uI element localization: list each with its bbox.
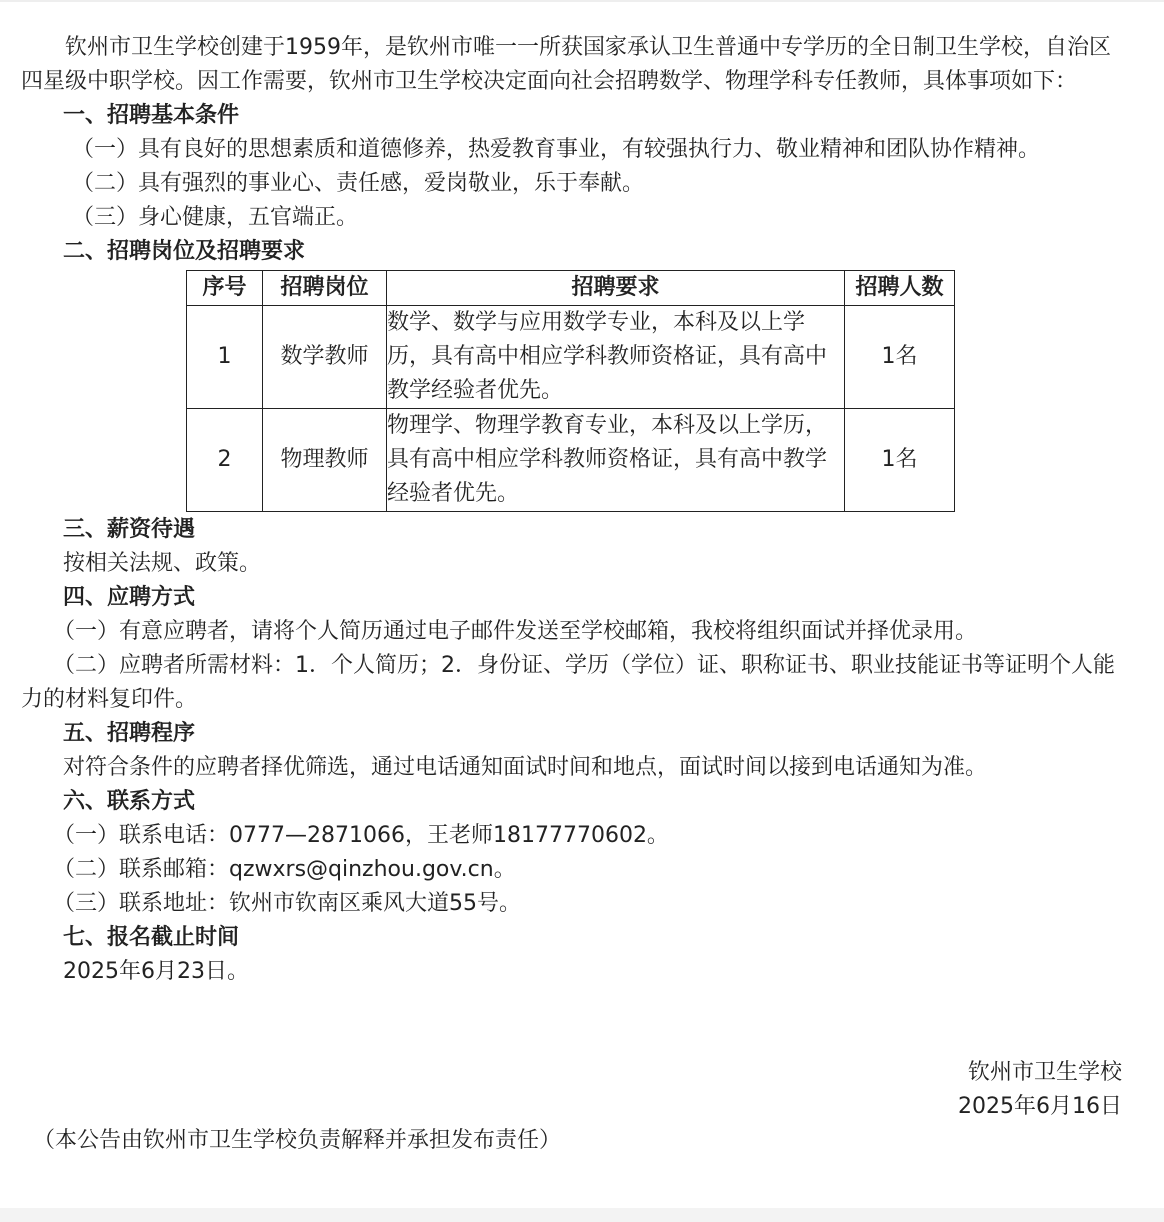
column-header: 序号 [187, 271, 263, 306]
section-heading: 一、招聘基本条件 [21, 99, 1123, 133]
signature-date: 2025年6月16日 [958, 1090, 1122, 1124]
positions-table: 序号 招聘岗位 招聘要求 招聘人数 1 数学教师 数学、数学与应用数学专业，本科… [186, 270, 955, 512]
list-item: （三）身心健康，五官端正。 [21, 201, 1123, 235]
section-heading: 五、招聘程序 [21, 717, 1123, 751]
section-text: 对符合条件的应聘者择优筛选，通过电话通知面试时间和地点，面试时间以接到电话通知为… [21, 751, 1123, 785]
table-header-row: 序号 招聘岗位 招聘要求 招聘人数 [187, 271, 955, 306]
list-item: （二）具有强烈的事业心、责任感，爱岗敬业，乐于奉献。 [21, 167, 1123, 201]
cell-no: 1 [187, 306, 263, 409]
column-header: 招聘要求 [387, 271, 845, 306]
cell-no: 2 [187, 409, 263, 512]
list-item: （一）有意应聘者，请将个人简历通过电子邮件发送至学校邮箱，我校将组织面试并择优录… [21, 615, 1123, 649]
section-heading: 六、联系方式 [21, 785, 1123, 819]
column-header: 招聘人数 [845, 271, 955, 306]
table-row: 1 数学教师 数学、数学与应用数学专业，本科及以上学历，具有高中相应学科教师资格… [187, 306, 955, 409]
intro-paragraph: 钦州市卫生学校创建于1959年，是钦州市唯一一所获国家承认卫生普通中专学历的全日… [21, 31, 1123, 99]
cell-position: 物理教师 [263, 409, 387, 512]
contact-address: （三）联系地址：钦州市钦南区乘风大道55号。 [21, 887, 1123, 921]
cell-count: 1名 [845, 306, 955, 409]
contact-phone: （一）联系电话：0777—2871066，王老师18177770602。 [21, 819, 1123, 853]
cell-position: 数学教师 [263, 306, 387, 409]
top-divider [0, 0, 1164, 2]
cell-requirement: 物理学、物理学教育专业，本科及以上学历，具有高中相应学科教师资格证，具有高中教学… [387, 409, 845, 512]
contact-email: （二）联系邮箱：qzwxrs@qinzhou.gov.cn。 [21, 853, 1123, 887]
table-row: 2 物理教师 物理学、物理学教育专业，本科及以上学历，具有高中相应学科教师资格证… [187, 409, 955, 512]
deadline-text: 2025年6月23日。 [21, 955, 1123, 989]
section-heading: 三、薪资待遇 [21, 513, 1123, 547]
cell-requirement: 数学、数学与应用数学专业，本科及以上学历，具有高中相应学科教师资格证，具有高中教… [387, 306, 845, 409]
column-header: 招聘岗位 [263, 271, 387, 306]
list-item: （二）应聘者所需材料：1．个人简历；2．身份证、学历（学位）证、职称证书、职业技… [21, 649, 1123, 717]
list-item: （一）具有良好的思想素质和道德修养，热爱教育事业，有较强执行力、敬业精神和团队协… [21, 133, 1123, 167]
bottom-bar [0, 1208, 1164, 1222]
cell-count: 1名 [845, 409, 955, 512]
signature-org: 钦州市卫生学校 [958, 1056, 1122, 1090]
announcement-body: 钦州市卫生学校创建于1959年，是钦州市唯一一所获国家承认卫生普通中专学历的全日… [21, 31, 1123, 989]
section-heading: 四、应聘方式 [21, 581, 1123, 615]
disclaimer-note: （本公告由钦州市卫生学校负责解释并承担发布责任） [33, 1124, 561, 1158]
signature-block: 钦州市卫生学校 2025年6月16日 [958, 1056, 1122, 1124]
section-heading: 二、招聘岗位及招聘要求 [21, 235, 1123, 269]
section-text: 按相关法规、政策。 [21, 547, 1123, 581]
section-heading: 七、报名截止时间 [21, 921, 1123, 955]
